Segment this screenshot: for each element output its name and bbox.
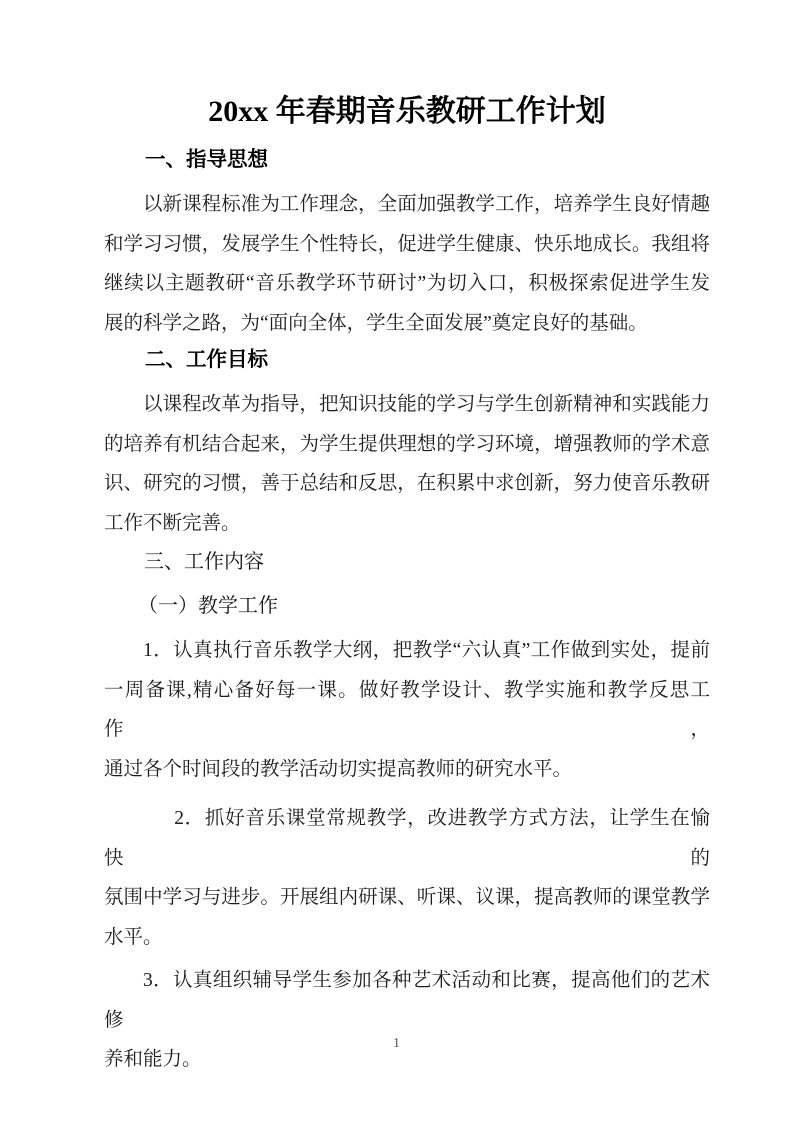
section-heading: 三、工作内容 bbox=[104, 549, 710, 575]
paragraph: 以课程改革为指导，把知识技能的学习与学生创新精神和实践能力的培养有机结合起来，为… bbox=[104, 385, 710, 543]
paragraph: 以新课程标准为工作理念，全面加强教学工作，培养学生良好情趣和学习习惯，发展学生个… bbox=[104, 185, 710, 343]
paragraph: 1．认真执行音乐教学大纲，把教学“六认真”工作做到实处，提前一周备课,精心备好每… bbox=[104, 631, 710, 789]
paragraph-line: 以课程改革为指导，把知识技能的学习与学生创新精神和实践能力 bbox=[104, 385, 710, 425]
paragraph: 2．抓好音乐课堂常规教学，改进教学方式方法，让学生在愉快的氛围中学习与进步。开展… bbox=[104, 799, 710, 957]
document-title: 20xx 年春期音乐教研工作计划 bbox=[104, 90, 710, 134]
paragraph-line: 2．抓好音乐课堂常规教学，改进教学方式方法，让学生在愉快的 bbox=[104, 799, 710, 878]
paragraph-line: 工作不断完善。 bbox=[104, 504, 710, 544]
paragraph-line: 3．认真组织辅导学生参加各种艺术活动和比赛，提高他们的艺术修 bbox=[104, 961, 710, 1040]
section-heading: 一、指导思想 bbox=[104, 147, 710, 173]
paragraph: 3．认真组织辅导学生参加各种艺术活动和比赛，提高他们的艺术修养和能力。 bbox=[104, 961, 710, 1080]
paragraph-line: 通过各个时间段的教学活动切实提高教师的研究水平。 bbox=[104, 750, 710, 790]
paragraph-line: 水平。 bbox=[104, 918, 710, 958]
paragraph-line: 继续以主题教研“音乐教学环节研讨”为切入口，积极探索促进学生发 bbox=[104, 264, 710, 304]
paragraph-line: 和学习习惯，发展学生个性特长，促进学生健康、快乐地成长。我组将 bbox=[104, 225, 710, 265]
paragraph-line: 展的科学之路，为“面向全体，学生全面发展”奠定良好的基础。 bbox=[104, 304, 710, 344]
paragraph-line: 的培养有机结合起来，为学生提供理想的学习环境，增强教师的学术意 bbox=[104, 425, 710, 465]
document-page: 20xx 年春期音乐教研工作计划 一、指导思想以新课程标准为工作理念，全面加强教… bbox=[0, 0, 793, 1122]
paragraph-line: 氛围中学习与进步。开展组内研课、听课、议课，提高教师的课堂教学 bbox=[104, 878, 710, 918]
section-heading: 二、工作目标 bbox=[104, 347, 710, 373]
page-number: 1 bbox=[0, 1036, 793, 1052]
document-blocks: 一、指导思想以新课程标准为工作理念，全面加强教学工作，培养学生良好情趣和学习习惯… bbox=[104, 147, 710, 1080]
paragraph-line: 一周备课,精心备好每一课。做好教学设计、教学实施和教学反思工作， bbox=[104, 671, 710, 750]
document-content: 20xx 年春期音乐教研工作计划 一、指导思想以新课程标准为工作理念，全面加强教… bbox=[104, 90, 710, 1080]
section-heading: （一）教学工作 bbox=[104, 593, 710, 619]
paragraph-line: 识、研究的习惯，善于总结和反思，在积累中求创新，努力使音乐教研 bbox=[104, 464, 710, 504]
paragraph-line: 以新课程标准为工作理念，全面加强教学工作，培养学生良好情趣 bbox=[104, 185, 710, 225]
paragraph-line: 1．认真执行音乐教学大纲，把教学“六认真”工作做到实处，提前 bbox=[104, 631, 710, 671]
